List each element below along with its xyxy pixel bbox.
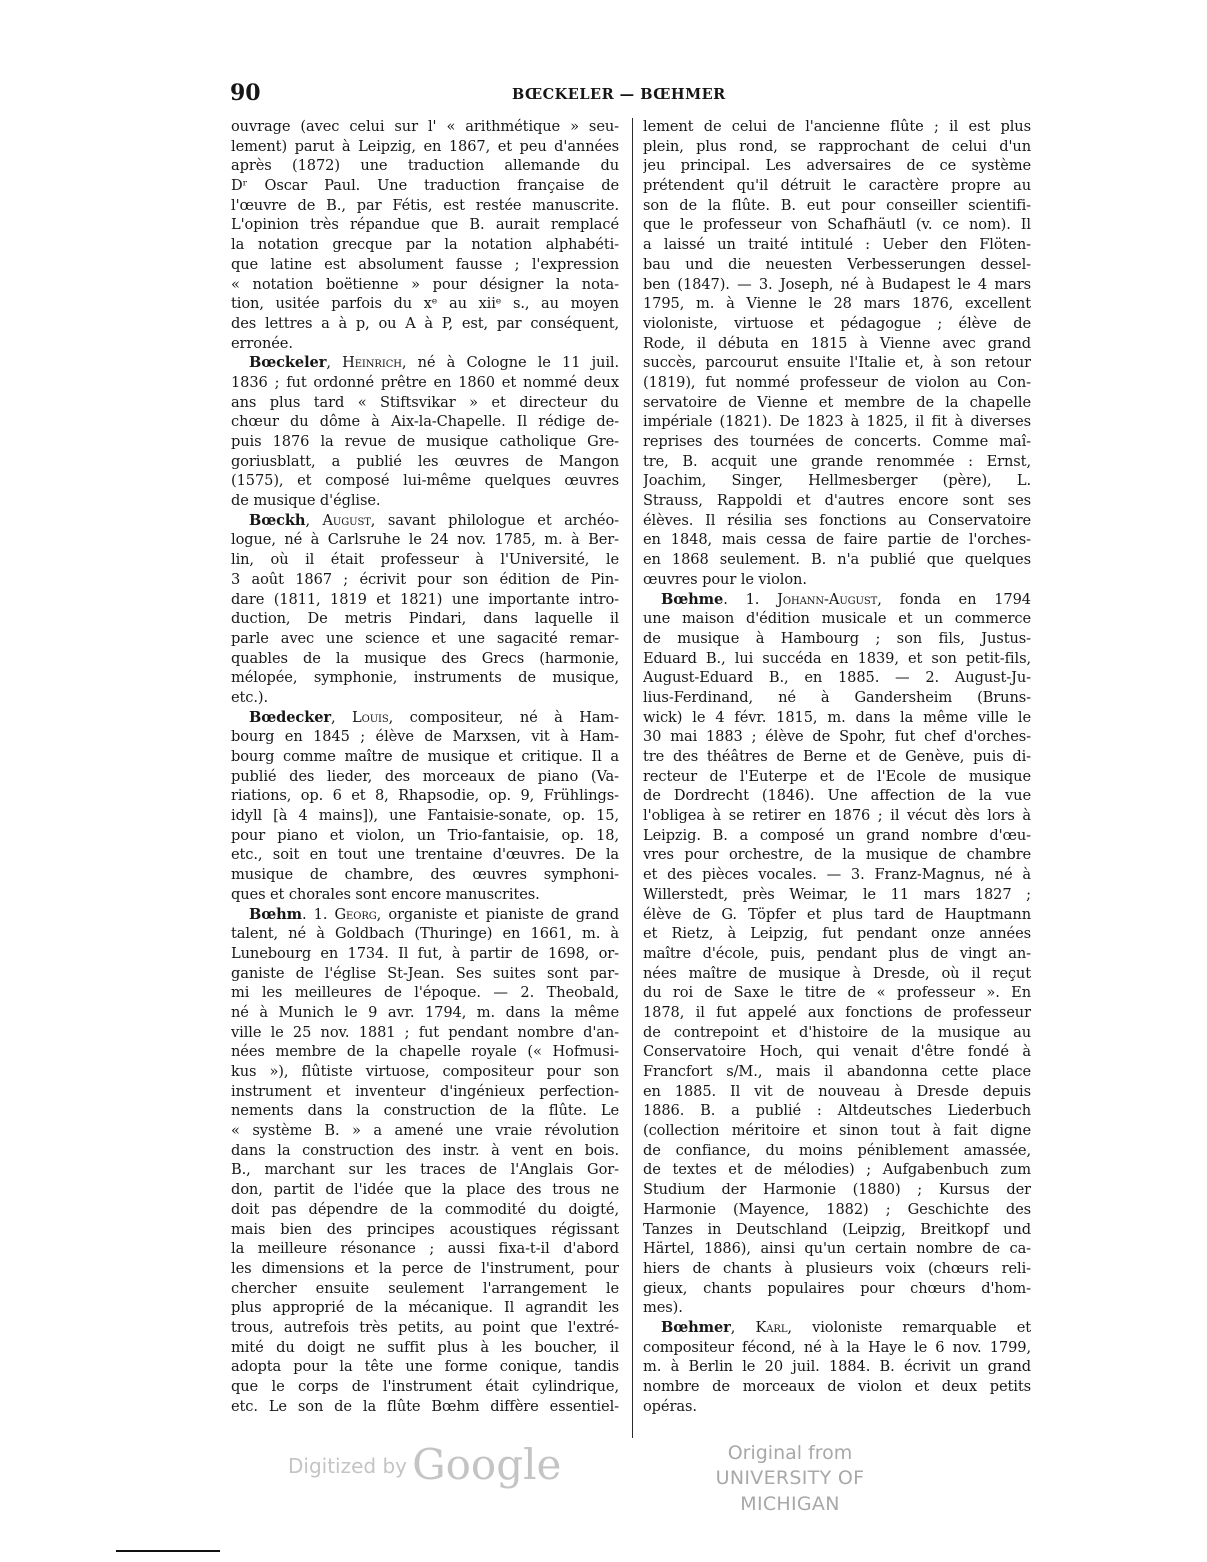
text-line: compositeur fécond, né à la Haye le 6 no… bbox=[643, 1338, 1031, 1358]
text-line: Francfort s/M., mais il abandonna cette … bbox=[643, 1062, 1031, 1082]
text-line: de musique à Hambourg ; son fils, Justus… bbox=[643, 629, 1031, 649]
text-line: l'obligea à se retirer en 1876 ; il vécu… bbox=[643, 806, 1031, 826]
original-from-watermark: Original from UNIVERSITY OF MICHIGAN bbox=[670, 1441, 910, 1517]
text-line: kus »), flûtiste virtuose, compositeur p… bbox=[231, 1062, 619, 1082]
text-line: 3 août 1867 ; écrivit pour son édition d… bbox=[231, 570, 619, 590]
text-line: succès, parcourut ensuite l'Italie et, à… bbox=[643, 353, 1031, 373]
text-line: (1819), fut nommé professeur de violon a… bbox=[643, 373, 1031, 393]
text-line: Studium der Harmonie (1880) ; Kursus der bbox=[643, 1180, 1031, 1200]
text-line: ques et chorales sont encore manuscrites… bbox=[231, 885, 619, 905]
entry-headword-line: Bœhme. 1. Johann-August, fonda en 1794 bbox=[643, 590, 1031, 610]
text-line: 30 mai 1883 ; élève de Spohr, fut chef d… bbox=[643, 727, 1031, 747]
text-line: trous, autrefois très petits, au point q… bbox=[231, 1318, 619, 1338]
text-line: et des pièces vocales. — 3. Franz-Magnus… bbox=[643, 865, 1031, 885]
entry-headword-line: Bœckeler, Heinrich, né à Cologne le 11 j… bbox=[231, 353, 619, 373]
text-line: 1878, il fut appelé aux fonctions de pro… bbox=[643, 1003, 1031, 1023]
entry-headword: Bœckeler bbox=[249, 354, 326, 371]
text-line: la notation grecque par la notation alph… bbox=[231, 235, 619, 255]
text-line: don, partit de l'idée que la place des t… bbox=[231, 1180, 619, 1200]
text-line: que le professeur von Schafhäutl (v. ce … bbox=[643, 215, 1031, 235]
entry-headword-line: Bœdecker, Louis, compositeur, né à Ham- bbox=[231, 708, 619, 728]
page-number: 90 bbox=[230, 80, 261, 106]
text-line: duction, De metris Pindari, dans laquell… bbox=[231, 609, 619, 629]
text-line: L'opinion très répandue que B. aurait re… bbox=[231, 215, 619, 235]
text-line: en 1885. Il vit de nouveau à Dresde depu… bbox=[643, 1082, 1031, 1102]
text-line: Härtel, 1886), ainsi qu'un certain nombr… bbox=[643, 1239, 1031, 1259]
text-line: ganiste de l'église St-Jean. Ses suites … bbox=[231, 964, 619, 984]
text-line: mité du doigt ne suffit plus à les bouch… bbox=[231, 1338, 619, 1358]
text-line: parle avec une science et une sagacité r… bbox=[231, 629, 619, 649]
text-line: ans plus tard « Stiftsvikar » et directe… bbox=[231, 393, 619, 413]
text-line: bourg comme maître de musique et critiqu… bbox=[231, 747, 619, 767]
text-line: en 1868 seulement. B. n'a publié que que… bbox=[643, 550, 1031, 570]
text-line: des lettres a à p, ou A à P, est, par co… bbox=[231, 314, 619, 334]
digitized-by-watermark: Digitized by Google bbox=[288, 1440, 561, 1489]
text-line: dans la construction des instr. à vent e… bbox=[231, 1141, 619, 1161]
text-line: bourg en 1845 ; élève de Marxsen, vit à … bbox=[231, 727, 619, 747]
text-line: impériale (1821). De 1823 à 1825, il fit… bbox=[643, 412, 1031, 432]
text-line: tre, B. acquit une grande renommée : Ern… bbox=[643, 452, 1031, 472]
text-line: musique de chambre, des œuvres symphoni- bbox=[231, 865, 619, 885]
text-line: Eduard B., lui succéda en 1839, et son p… bbox=[643, 649, 1031, 669]
person-name: Louis bbox=[352, 709, 389, 726]
text-line: nombre de morceaux de violon et deux pet… bbox=[643, 1377, 1031, 1397]
text-line: nées membre de la chapelle royale (« Hof… bbox=[231, 1042, 619, 1062]
text-line: pour piano et violon, un Trio-fantaisie,… bbox=[231, 826, 619, 846]
text-line: a laissé un traité intitulé : Ueber den … bbox=[643, 235, 1031, 255]
google-logo-text: Google bbox=[412, 1440, 561, 1489]
text-line: puis 1876 la revue de musique catholique… bbox=[231, 432, 619, 452]
right-column: lement de celui de l'ancienne flûte ; il… bbox=[643, 117, 1031, 1416]
text-line: élèves. Il résilia ses fonctions au Cons… bbox=[643, 511, 1031, 531]
text-line: wick) le 4 févr. 1815, m. dans la même v… bbox=[643, 708, 1031, 728]
text-line: lement) parut à Leipzig, en 1867, et peu… bbox=[231, 137, 619, 157]
text-line: 1836 ; fut ordonné prêtre en 1860 et nom… bbox=[231, 373, 619, 393]
text-line: recteur de l'Euterpe et de l'Ecole de mu… bbox=[643, 767, 1031, 787]
text-line: œuvres pour le violon. bbox=[643, 570, 1031, 590]
text-line: Conservatoire Hoch, qui venait d'être fo… bbox=[643, 1042, 1031, 1062]
text-line: vres pour orchestre, de la musique de ch… bbox=[643, 845, 1031, 865]
text-line: maître d'école, puis, pendant plus de vi… bbox=[643, 944, 1031, 964]
person-name: Georg bbox=[334, 906, 376, 923]
text-line: la meilleure résonance ; aussi fixa-t-il… bbox=[231, 1239, 619, 1259]
entry-headword: Bœhmer bbox=[661, 1319, 731, 1336]
entry-headword: Bœhme bbox=[661, 591, 723, 608]
text-line: quables de la musique des Grecs (harmoni… bbox=[231, 649, 619, 669]
text-line: adopta pour la tête une forme conique, t… bbox=[231, 1357, 619, 1377]
text-line: mélopée, symphonie, instruments de musiq… bbox=[231, 668, 619, 688]
text-line: lius-Ferdinand, né à Gandersheim (Bruns- bbox=[643, 688, 1031, 708]
text-line: mes). bbox=[643, 1298, 1031, 1318]
text-line: « notation boëtienne » pour désigner la … bbox=[231, 275, 619, 295]
text-line: une maison d'édition musicale et un comm… bbox=[643, 609, 1031, 629]
text-line: publié des lieder, des morceaux de piano… bbox=[231, 767, 619, 787]
text-line: les dimensions et la perce de l'instrume… bbox=[231, 1259, 619, 1279]
person-name: August bbox=[322, 512, 370, 529]
text-line: lement de celui de l'ancienne flûte ; il… bbox=[643, 117, 1031, 137]
text-line: chœur du dôme à Aix-la-Chapelle. Il rédi… bbox=[231, 412, 619, 432]
text-line: de textes et de mélodies) ; Aufgabenbuch… bbox=[643, 1160, 1031, 1180]
text-line: Dʳ Oscar Paul. Une traduction française … bbox=[231, 176, 619, 196]
entry-headword-line: Bœhm. 1. Georg, organiste et pianiste de… bbox=[231, 905, 619, 925]
text-line: que le corps de l'instrument était cylin… bbox=[231, 1377, 619, 1397]
text-line: hiers de chants à plusieurs voix (chœurs… bbox=[643, 1259, 1031, 1279]
text-line: après (1872) une traduction allemande du bbox=[231, 156, 619, 176]
text-line: mais bien des principes acoustiques régi… bbox=[231, 1220, 619, 1240]
text-line: Rode, il débuta en 1815 à Vienne avec gr… bbox=[643, 334, 1031, 354]
text-line: bau und die neuesten Verbesserungen dess… bbox=[643, 255, 1031, 275]
person-name: Heinrich bbox=[342, 354, 402, 371]
text-line: 1886. B. a publié : Altdeutsches Liederb… bbox=[643, 1101, 1031, 1121]
text-line: de musique d'église. bbox=[231, 491, 619, 511]
text-line: plein, plus rond, se rapprochant de celu… bbox=[643, 137, 1031, 157]
text-line: B., marchant sur les traces de l'Anglais… bbox=[231, 1160, 619, 1180]
person-name: Karl bbox=[755, 1319, 787, 1336]
text-line: mi les meilleures de l'époque. — 2. Theo… bbox=[231, 983, 619, 1003]
text-line: ben (1847). — 3. Joseph, né à Budapest l… bbox=[643, 275, 1031, 295]
text-line: (1575), et composé lui-même quelques œuv… bbox=[231, 471, 619, 491]
text-line: prétendent qu'il détruit le caractère pr… bbox=[643, 176, 1031, 196]
text-line: talent, né à Goldbach (Thuringe) en 1661… bbox=[231, 924, 619, 944]
text-line: du roi de Saxe le titre de « professeur … bbox=[643, 983, 1031, 1003]
text-line: Harmonie (Mayence, 1882) ; Geschichte de… bbox=[643, 1200, 1031, 1220]
institution-text: UNIVERSITY OF MICHIGAN bbox=[670, 1465, 910, 1517]
text-line: dare (1811, 1819 et 1821) une importante… bbox=[231, 590, 619, 610]
left-column: ouvrage (avec celui sur l' « arithmétiqu… bbox=[231, 117, 619, 1416]
entry-headword: Bœhm bbox=[249, 906, 302, 923]
text-line: riations, op. 6 et 8, Rhapsodie, op. 9, … bbox=[231, 786, 619, 806]
text-line: de contrepoint et d'histoire de la musiq… bbox=[643, 1023, 1031, 1043]
text-line: et Rietz, à Leipzig, fut pendant onze an… bbox=[643, 924, 1031, 944]
text-line: que latine est absolument fausse ; l'exp… bbox=[231, 255, 619, 275]
text-line: m. à Berlin le 20 juil. 1884. B. écrivit… bbox=[643, 1357, 1031, 1377]
entry-headword: Bœdecker bbox=[249, 709, 331, 726]
text-line: né à Munich le 9 avr. 1794, m. dans la m… bbox=[231, 1003, 619, 1023]
text-line: Willerstedt, près Weimar, le 11 mars 182… bbox=[643, 885, 1031, 905]
text-line: Strauss, Rappoldi et d'autres encore son… bbox=[643, 491, 1031, 511]
text-line: etc., soit en tout une trentaine d'œuvre… bbox=[231, 845, 619, 865]
entry-headword-line: Bœhmer, Karl, violoniste remarquable et bbox=[643, 1318, 1031, 1338]
text-line: ville le 25 nov. 1881 ; fut pendant nomb… bbox=[231, 1023, 619, 1043]
text-line: violoniste, virtuose et pédagogue ; élèv… bbox=[643, 314, 1031, 334]
text-line: reprises des tournées de concerts. Comme… bbox=[643, 432, 1031, 452]
text-line: idyll [à 4 mains]), une Fantaisie-sonate… bbox=[231, 806, 619, 826]
text-line: Leipzig. B. a composé un grand nombre d'… bbox=[643, 826, 1031, 846]
text-line: ouvrage (avec celui sur l' « arithmétiqu… bbox=[231, 117, 619, 137]
text-line: son de la flûte. B. eut pour conseiller … bbox=[643, 196, 1031, 216]
text-line: Lunebourg en 1734. Il fut, à partir de 1… bbox=[231, 944, 619, 964]
text-line: tre des théâtres de Berne et de Genève, … bbox=[643, 747, 1031, 767]
text-line: etc.). bbox=[231, 688, 619, 708]
text-line: jeu principal. Les adversaires de ce sys… bbox=[643, 156, 1031, 176]
text-line: plus approprié de la mécanique. Il agran… bbox=[231, 1298, 619, 1318]
text-line: goriusblatt, a publié les œuvres de Mang… bbox=[231, 452, 619, 472]
text-line: tion, usitée parfois du xᵉ au xiiᵉ s., a… bbox=[231, 294, 619, 314]
text-line: de Dordrecht (1846). Une affection de la… bbox=[643, 786, 1031, 806]
text-line: nées maître de musique à Dresde, où il r… bbox=[643, 964, 1031, 984]
text-line: instrument et inventeur d'ingénieux perf… bbox=[231, 1082, 619, 1102]
text-line: lin, où il était professeur à l'Universi… bbox=[231, 550, 619, 570]
text-line: chercher ensuite seulement l'arrangement… bbox=[231, 1279, 619, 1299]
text-line: etc. Le son de la flûte Bœhm diffère ess… bbox=[231, 1397, 619, 1417]
person-name: Johann-August bbox=[777, 591, 877, 608]
text-line: 1795, m. à Vienne le 28 mars 1876, excel… bbox=[643, 294, 1031, 314]
text-line: (collection méritoire et sinon tout à fa… bbox=[643, 1121, 1031, 1141]
entry-headword-line: Bœckh, August, savant philologue et arch… bbox=[231, 511, 619, 531]
text-line: nements dans la construction de la flûte… bbox=[231, 1101, 619, 1121]
text-line: doit pas dépendre de la commodité du doi… bbox=[231, 1200, 619, 1220]
bottom-rule bbox=[116, 1550, 220, 1552]
text-line: « système B. » a amené une vraie révolut… bbox=[231, 1121, 619, 1141]
column-divider bbox=[632, 118, 633, 1438]
text-line: August-Eduard B., en 1885. — 2. August-J… bbox=[643, 668, 1031, 688]
original-from-text: Original from bbox=[670, 1441, 910, 1465]
text-line: erronée. bbox=[231, 334, 619, 354]
entry-headword: Bœckh bbox=[249, 512, 305, 529]
text-line: élève de G. Töpfer et plus tard de Haupt… bbox=[643, 905, 1031, 925]
text-line: en 1848, mais cessa de faire partie de l… bbox=[643, 530, 1031, 550]
text-line: Tanzes in Deutschland (Leipzig, Breitkop… bbox=[643, 1220, 1031, 1240]
text-line: gieux, chants populaires pour chœurs d'h… bbox=[643, 1279, 1031, 1299]
text-line: opéras. bbox=[643, 1397, 1031, 1417]
digitized-by-text: Digitized by bbox=[288, 1454, 407, 1478]
running-head: BŒCKELER — BŒHMER bbox=[512, 86, 726, 103]
text-line: Joachim, Singer, Hellmesberger (père), L… bbox=[643, 471, 1031, 491]
text-line: servatoire de Vienne et membre de la cha… bbox=[643, 393, 1031, 413]
text-line: de confiance, du moins péniblement amass… bbox=[643, 1141, 1031, 1161]
text-line: logue, né à Carlsruhe le 24 nov. 1785, m… bbox=[231, 530, 619, 550]
text-line: l'œuvre de B., par Fétis, est restée man… bbox=[231, 196, 619, 216]
